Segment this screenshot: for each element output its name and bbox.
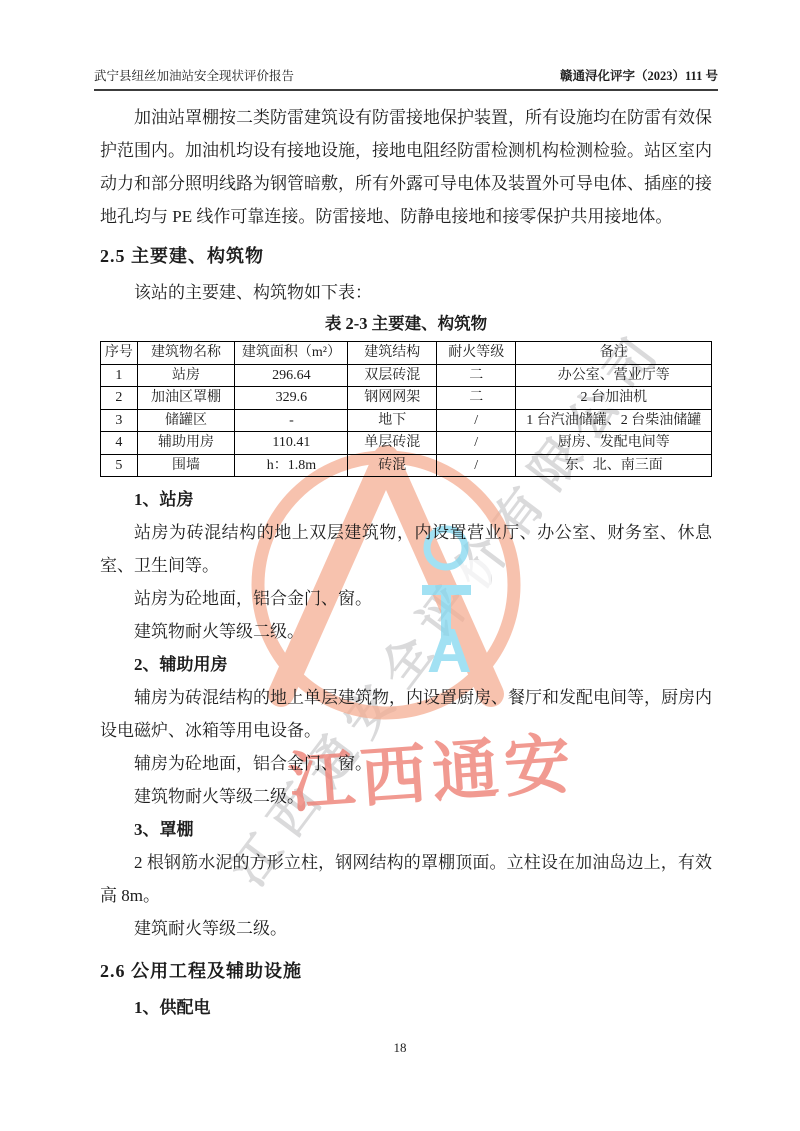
table-cell: 5 bbox=[101, 454, 138, 477]
col-header-fire-rating: 耐火等级 bbox=[437, 342, 516, 365]
table-cell: 二 bbox=[437, 387, 516, 410]
subsection-3-paragraph: 建筑耐火等级二级。 bbox=[100, 912, 712, 945]
page-content: 武宁县纽丝加油站安全现状评价报告 赣通浔化评字（2023）111 号 加油站罩棚… bbox=[100, 66, 712, 1024]
section-2-5-intro: 该站的主要建、构筑物如下表： bbox=[100, 276, 712, 309]
table-cell: 二 bbox=[437, 364, 516, 387]
table-cell: 2 bbox=[101, 387, 138, 410]
document-page: { "header": { "left_title": "武宁县纽丝加油站安全现… bbox=[0, 0, 800, 1131]
section-2-6-first-item: 1、供配电 bbox=[100, 991, 712, 1024]
table-cell: 东、北、南三面 bbox=[516, 454, 712, 477]
table-cell: 站房 bbox=[137, 364, 235, 387]
table-cell: 厨房、发配电间等 bbox=[516, 432, 712, 455]
table-row: 1 站房 296.64 双层砖混 二 办公室、营业厅等 bbox=[101, 364, 712, 387]
table-cell: 地下 bbox=[348, 409, 437, 432]
subsection-2-title: 2、辅助用房 bbox=[100, 648, 712, 681]
subsection-2-paragraph: 建筑物耐火等级二级。 bbox=[100, 780, 712, 813]
subsection-1-paragraph: 站房为砖混结构的地上双层建筑物，内设置营业厅、办公室、财务室、休息室、卫生间等。 bbox=[100, 516, 712, 582]
table-caption: 表 2-3 主要建、构筑物 bbox=[100, 310, 712, 338]
table-cell: 辅助用房 bbox=[137, 432, 235, 455]
subsection-1-title: 1、站房 bbox=[100, 483, 712, 516]
table-cell: 双层砖混 bbox=[348, 364, 437, 387]
table-cell: 1 bbox=[101, 364, 138, 387]
col-header-area: 建筑面积（m²） bbox=[235, 342, 348, 365]
buildings-table: 序号 建筑物名称 建筑面积（m²） 建筑结构 耐火等级 备注 1 站房 296.… bbox=[100, 341, 712, 477]
subsection-1-paragraph: 站房为砼地面，铝合金门、窗。 bbox=[100, 582, 712, 615]
table-cell: 钢网网架 bbox=[348, 387, 437, 410]
col-header-building-name: 建筑物名称 bbox=[137, 342, 235, 365]
table-cell: / bbox=[437, 432, 516, 455]
section-2-6-heading: 2.6 公用工程及辅助设施 bbox=[100, 955, 712, 988]
subsection-1-paragraph: 建筑物耐火等级二级。 bbox=[100, 615, 712, 648]
table-cell: 办公室、营业厅等 bbox=[516, 364, 712, 387]
page-header: 武宁县纽丝加油站安全现状评价报告 赣通浔化评字（2023）111 号 bbox=[94, 66, 718, 91]
doc-number: 赣通浔化评字（2023）111 号 bbox=[560, 66, 718, 84]
table-row: 5 围墙 h：1.8m 砖混 / 东、北、南三面 bbox=[101, 454, 712, 477]
table-row: 3 储罐区 - 地下 / 1 台汽油储罐、2 台柴油储罐 bbox=[101, 409, 712, 432]
intro-paragraph: 加油站罩棚按二类防雷建筑设有防雷接地保护装置，所有设施均在防雷有效保护范围内。加… bbox=[100, 101, 712, 233]
col-header-structure: 建筑结构 bbox=[348, 342, 437, 365]
table-cell: 110.41 bbox=[235, 432, 348, 455]
table-cell: 加油区罩棚 bbox=[137, 387, 235, 410]
table-cell: h：1.8m bbox=[235, 454, 348, 477]
table-row: 4 辅助用房 110.41 单层砖混 / 厨房、发配电间等 bbox=[101, 432, 712, 455]
table-header-row: 序号 建筑物名称 建筑面积（m²） 建筑结构 耐火等级 备注 bbox=[101, 342, 712, 365]
subsection-2-paragraph: 辅房为砖混结构的地上单层建筑物，内设置厨房、餐厅和发配电间等，厨房内设电磁炉、冰… bbox=[100, 681, 712, 747]
table-cell: 1 台汽油储罐、2 台柴油储罐 bbox=[516, 409, 712, 432]
table-cell: 329.6 bbox=[235, 387, 348, 410]
col-header-seq: 序号 bbox=[101, 342, 138, 365]
table-cell: / bbox=[437, 454, 516, 477]
subsection-2-paragraph: 辅房为砼地面，铝合金门、窗。 bbox=[100, 747, 712, 780]
table-row: 2 加油区罩棚 329.6 钢网网架 二 2 台加油机 bbox=[101, 387, 712, 410]
table-cell: 砖混 bbox=[348, 454, 437, 477]
section-2-5-heading: 2.5 主要建、构筑物 bbox=[100, 240, 712, 273]
table-cell: 单层砖混 bbox=[348, 432, 437, 455]
report-title: 武宁县纽丝加油站安全现状评价报告 bbox=[94, 66, 294, 84]
page-number: 18 bbox=[0, 1040, 800, 1056]
body-text: 加油站罩棚按二类防雷建筑设有防雷接地保护装置，所有设施均在防雷有效保护范围内。加… bbox=[100, 101, 712, 1024]
table-cell: 2 台加油机 bbox=[516, 387, 712, 410]
table-cell: 围墙 bbox=[137, 454, 235, 477]
table-cell: - bbox=[235, 409, 348, 432]
table-cell: 储罐区 bbox=[137, 409, 235, 432]
table-cell: 4 bbox=[101, 432, 138, 455]
subsection-3-paragraph: 2 根钢筋水泥的方形立柱，钢网结构的罩棚顶面。立柱设在加油岛边上，有效高 8m。 bbox=[100, 846, 712, 912]
subsection-3-title: 3、罩棚 bbox=[100, 813, 712, 846]
table-cell: / bbox=[437, 409, 516, 432]
table-cell: 296.64 bbox=[235, 364, 348, 387]
table-cell: 3 bbox=[101, 409, 138, 432]
col-header-remark: 备注 bbox=[516, 342, 712, 365]
